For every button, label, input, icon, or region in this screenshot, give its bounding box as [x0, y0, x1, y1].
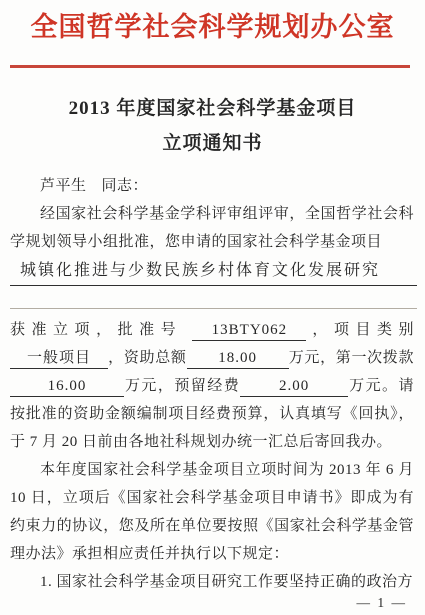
doc-title-line2: 立项通知书	[0, 126, 425, 161]
project-title-blank-line	[10, 286, 417, 309]
funding-text-3: ，资助总额	[108, 350, 187, 366]
total-amount-value: 18.00	[187, 349, 289, 369]
doc-title-line1: 2013 年度国家社会科学基金项目	[0, 91, 425, 126]
paragraph-agreement: 本年度国家社会科学基金项目立项时间为 2013 年 6 月 10 日，立项后《国…	[10, 456, 414, 568]
reserved-amount-value: 2.00	[240, 377, 348, 397]
paragraph-funding: 获准立项，批准号 13BTY062，项目类别一般项目，资助总额18.00万元，第…	[10, 316, 414, 456]
letterhead-divider	[10, 65, 410, 68]
project-title-value: 城镇化推进与少数民族乡村体育文化发展研究	[20, 262, 380, 279]
first-installment-value: 16.00	[10, 377, 124, 397]
approval-number-value: 13BTY062	[192, 321, 306, 341]
recipient-name: 芦平生	[40, 178, 87, 194]
paragraph-approval-intro: 经国家社会科学基金学科评审组评审，全国哲学社会科学规划领导小组批准，您申请的国家…	[10, 200, 414, 256]
document-body: 芦平生同志： 经国家社会科学基金学科评审组评审，全国哲学社会科学规划领导小组批准…	[10, 172, 414, 596]
funding-text-4: 万元，第一次拨款	[289, 350, 414, 366]
doc-title: 2013 年度国家社会科学基金项目 立项通知书	[0, 91, 425, 161]
project-category-value: 一般项目	[10, 349, 108, 369]
project-title-field: 城镇化推进与少数民族乡村体育文化发展研究	[10, 256, 417, 286]
document-page: 全国哲学社会科学规划办公室 2013 年度国家社会科学基金项目 立项通知书 芦平…	[0, 0, 425, 615]
funding-text-1: 获准立项，批准号	[10, 322, 182, 338]
funding-text-2: ，项目类别	[306, 322, 414, 338]
salutation-suffix: 同志：	[102, 178, 149, 194]
paragraph-rule-1: 1. 国家社会科学基金项目研究工作要坚持正确的政治方	[10, 568, 414, 596]
page-number: — 1 —	[357, 595, 408, 611]
funding-text-5: 万元，预留经费	[124, 378, 240, 394]
salutation: 芦平生同志：	[10, 172, 414, 200]
letterhead-title: 全国哲学社会科学规划办公室	[0, 6, 425, 48]
